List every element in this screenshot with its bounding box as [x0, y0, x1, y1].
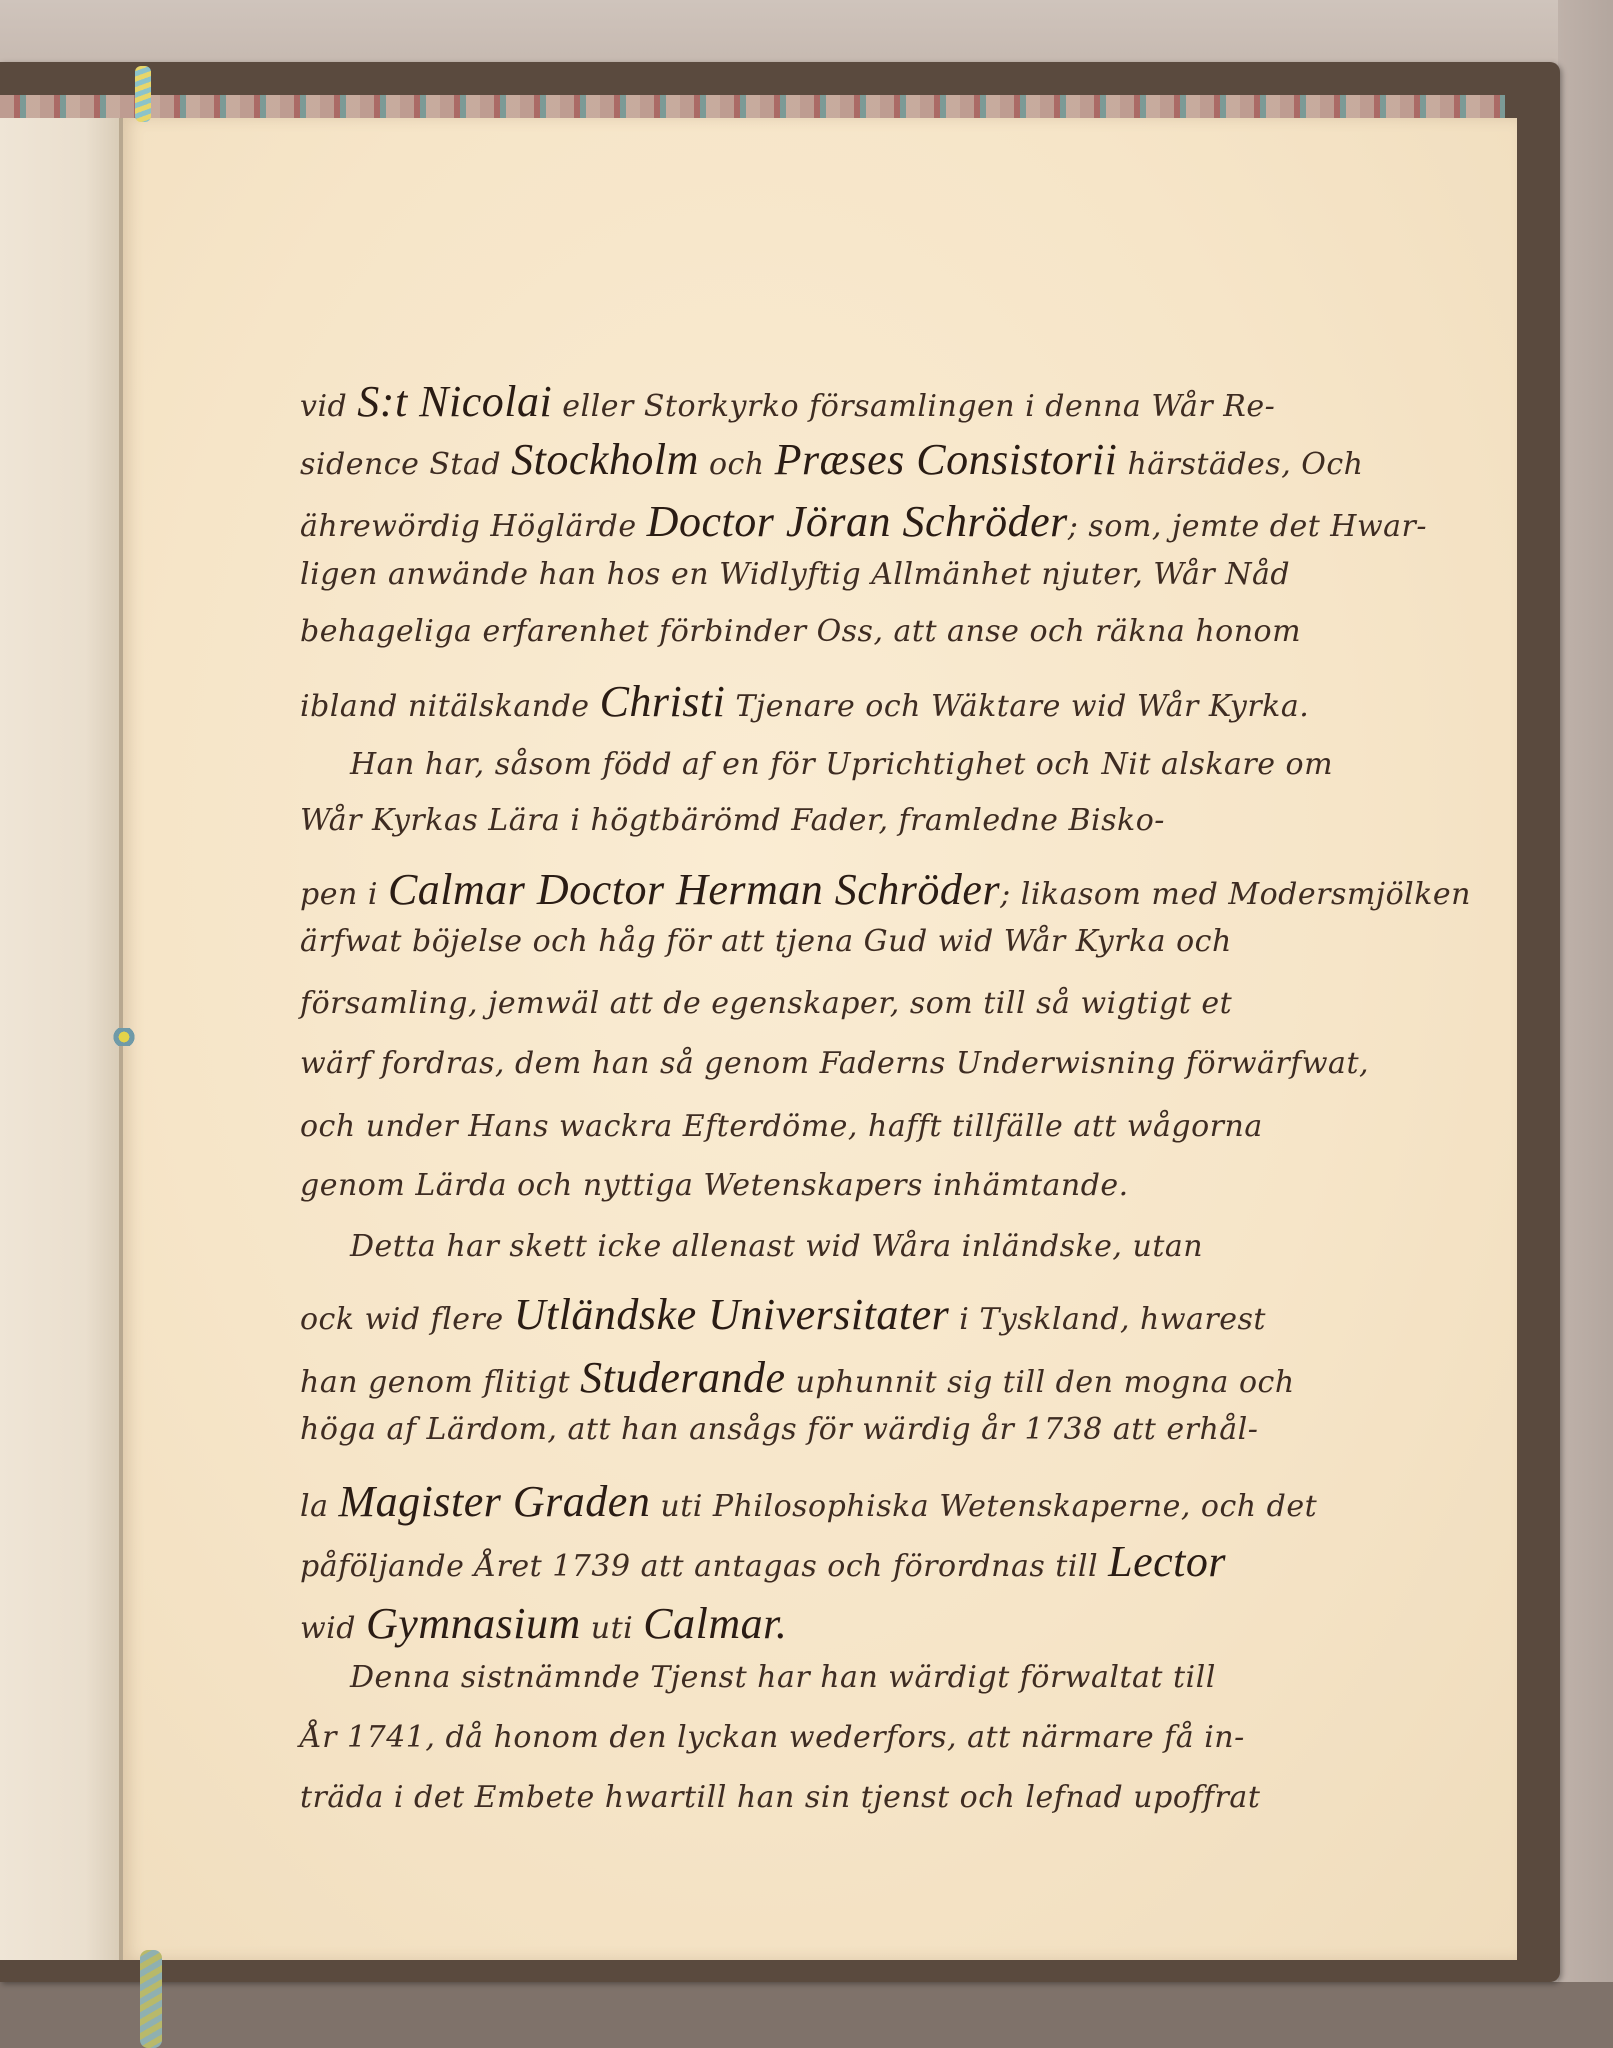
line-text: vid	[300, 389, 357, 424]
manuscript-line: genom Lärda och nyttiga Wetenskapers inh…	[300, 1168, 1129, 1203]
proper-name: Studerande	[580, 1353, 785, 1402]
proper-name: Præses Consistorii	[775, 435, 1118, 484]
proper-name: Calmar.	[643, 1599, 787, 1648]
proper-name: Doctor Jöran Schröder	[647, 497, 1068, 546]
manuscript-line: och under Hans wackra Efterdöme, hafft t…	[300, 1109, 1263, 1144]
line-text: ; likasom med Modersmjölken	[1000, 877, 1471, 912]
proper-name: Stockholm	[511, 435, 699, 484]
line-text: ärfwat böjelse och håg för att tjena Gud…	[300, 924, 1232, 959]
binding-cord-bottom-icon	[140, 1950, 162, 2048]
line-text: församling, jemwäl att de egenskaper, so…	[300, 986, 1232, 1021]
marbled-endpaper-edge	[0, 95, 1505, 119]
manuscript-line: församling, jemwäl att de egenskaper, so…	[300, 986, 1232, 1021]
line-text: ährewördig Höglärde	[300, 509, 647, 544]
manuscript-line: behageliga erfarenhet förbinder Oss, att…	[300, 614, 1301, 649]
line-text: ibland nitälskande	[300, 689, 600, 724]
line-text: och	[699, 447, 775, 482]
manuscript-line: ligen anwände han hos en Widlyftig Allmä…	[300, 557, 1290, 592]
manuscript-line: ährewördig Höglärde Doctor Jöran Schröde…	[300, 496, 1427, 547]
proper-name: Magister Graden	[339, 1477, 651, 1526]
manuscript-line: vid S:t Nicolai eller Storkyrko församli…	[300, 376, 1275, 427]
line-text: i Tyskland, hwarest	[949, 1302, 1266, 1337]
line-text: sidence Stad	[300, 447, 511, 482]
line-text: genom Lärda och nyttiga Wetenskapers inh…	[300, 1168, 1129, 1203]
manuscript-line: Han har, såsom född af en för Uprichtigh…	[300, 747, 1333, 782]
proper-name: Christi	[600, 677, 726, 726]
line-text: påföljande Året 1739 att antagas och för…	[300, 1549, 1108, 1584]
line-text: pen i	[300, 877, 388, 912]
line-text: la	[300, 1489, 339, 1524]
manuscript-line: ärfwat böjelse och håg för att tjena Gud…	[300, 924, 1232, 959]
manuscript-line: wärf fordras, dem han så genom Faderns U…	[300, 1046, 1369, 1081]
manuscript-line: träda i det Embete hwartill han sin tjen…	[300, 1780, 1260, 1815]
manuscript-line: pen i Calmar Doctor Herman Schröder; lik…	[300, 864, 1471, 915]
line-text: ock wid flere	[300, 1302, 514, 1337]
proper-name: Lector	[1108, 1537, 1226, 1586]
manuscript-line: wid Gymnasium uti Calmar.	[300, 1598, 787, 1649]
manuscript-line: ock wid flere Utländske Universitater i …	[300, 1289, 1266, 1340]
line-text: Han har, såsom född af en för Uprichtigh…	[350, 747, 1333, 782]
line-text: wid	[300, 1611, 366, 1646]
line-text: uti Philosophiska Wetenskaperne, och det	[650, 1489, 1317, 1524]
manuscript-line: han genom flitigt Studerande uphunnit si…	[300, 1352, 1295, 1403]
line-text: härstädes, Och	[1117, 447, 1363, 482]
line-text: träda i det Embete hwartill han sin tjen…	[300, 1780, 1260, 1815]
manuscript-line: Denna sistnämnde Tjenst har han wärdigt …	[300, 1660, 1216, 1695]
background-surface-bottom	[0, 1982, 1613, 2048]
proper-name: Calmar Doctor Herman Schröder	[388, 865, 1000, 914]
line-text: eller Storkyrko församlingen i denna Wår…	[552, 389, 1275, 424]
line-text: han genom flitigt	[300, 1365, 580, 1400]
line-text: behageliga erfarenhet förbinder Oss, att…	[300, 614, 1301, 649]
manuscript-line: la Magister Graden uti Philosophiska Wet…	[300, 1476, 1317, 1527]
manuscript-line: Detta har skett icke allenast wid Wåra i…	[300, 1229, 1203, 1264]
manuscript-line: sidence Stad Stockholm och Præses Consis…	[300, 434, 1364, 485]
line-text: wärf fordras, dem han så genom Faderns U…	[300, 1046, 1369, 1081]
line-text: uti	[581, 1611, 644, 1646]
manuscript-line: ibland nitälskande Christi Tjenare och W…	[300, 676, 1309, 727]
proper-name: Gymnasium	[366, 1599, 581, 1648]
line-text: ligen anwände han hos en Widlyftig Allmä…	[300, 557, 1290, 592]
line-text: Wår Kyrkas Lära i högtbärömd Fader, fram…	[300, 803, 1165, 838]
line-text: Denna sistnämnde Tjenst har han wärdigt …	[350, 1660, 1216, 1695]
proper-name: Utländske Universitater	[514, 1290, 950, 1339]
background-surface-right	[1558, 0, 1613, 2048]
manuscript-line: År 1741, då honom den lyckan wederfors, …	[300, 1720, 1245, 1755]
proper-name: S:t Nicolai	[357, 377, 552, 426]
line-text: Tjenare och Wäktare wid Wår Kyrka.	[725, 689, 1309, 724]
line-text: höga af Lärdom, att han ansågs för wärdi…	[300, 1412, 1258, 1447]
left-page	[0, 118, 122, 1960]
line-text: uphunnit sig till den mogna och	[786, 1365, 1295, 1400]
line-text: Detta har skett icke allenast wid Wåra i…	[350, 1229, 1203, 1264]
manuscript-line: påföljande Året 1739 att antagas och för…	[300, 1536, 1226, 1587]
manuscript-line: Wår Kyrkas Lära i högtbärömd Fader, fram…	[300, 803, 1165, 838]
background-surface-top	[0, 0, 1613, 62]
binding-cord-middle-icon	[112, 1028, 136, 1046]
line-text: ; som, jemte det Hwar-	[1068, 509, 1427, 544]
binding-cord-top-icon	[135, 66, 151, 122]
line-text: och under Hans wackra Efterdöme, hafft t…	[300, 1109, 1263, 1144]
manuscript-line: höga af Lärdom, att han ansågs för wärdi…	[300, 1412, 1258, 1447]
line-text: År 1741, då honom den lyckan wederfors, …	[300, 1720, 1245, 1755]
